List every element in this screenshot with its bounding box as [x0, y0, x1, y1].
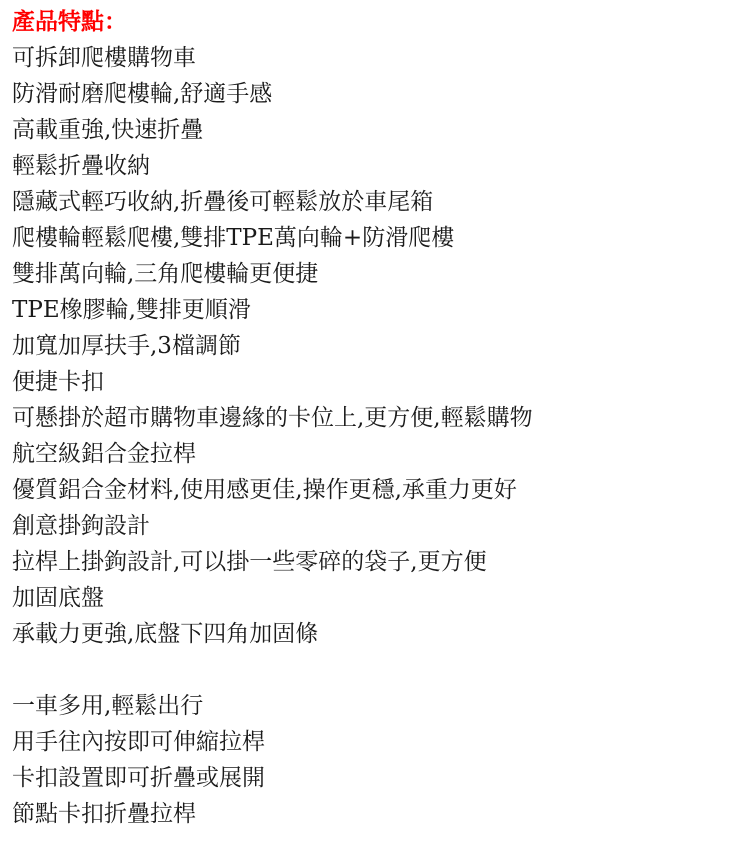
feature-line: 雙排萬向輪,三角爬樓輪更便捷: [12, 256, 533, 292]
feature-line: TPE橡膠輪,雙排更順滑: [12, 292, 533, 328]
features-heading: 產品特點：: [12, 4, 533, 40]
feature-line: 航空級鋁合金拉桿: [12, 436, 533, 472]
product-features-document: 產品特點： 可拆卸爬樓購物車 防滑耐磨爬樓輪,舒適手感 高載重強,快速折疊 輕鬆…: [12, 4, 533, 832]
feature-line: 優質鋁合金材料,使用感更佳,操作更穩,承重力更好: [12, 472, 533, 508]
blank-spacer: [12, 652, 533, 688]
feature-line: 拉桿上掛鉤設計,可以掛一些零碎的袋子,更方便: [12, 544, 533, 580]
feature-line: 可懸掛於超市購物車邊緣的卡位上,更方便,輕鬆購物: [12, 400, 533, 436]
feature-line: 加固底盤: [12, 580, 533, 616]
feature-line: 高載重強,快速折疊: [12, 112, 533, 148]
feature-line: 承載力更強,底盤下四角加固條: [12, 616, 533, 652]
feature-line: 一車多用,輕鬆出行: [12, 688, 533, 724]
feature-line: 用手往內按即可伸縮拉桿: [12, 724, 533, 760]
feature-line: 輕鬆折疊收納: [12, 148, 533, 184]
feature-line: 可拆卸爬樓購物車: [12, 40, 533, 76]
feature-line: 加寬加厚扶手,3檔調節: [12, 328, 533, 364]
feature-line: 創意掛鉤設計: [12, 508, 533, 544]
feature-line: 隱藏式輕巧收納,折疊後可輕鬆放於車尾箱: [12, 184, 533, 220]
feature-line: 爬樓輪輕鬆爬樓,雙排TPE萬向輪+防滑爬樓: [12, 220, 533, 256]
feature-line: 卡扣設置即可折疊或展開: [12, 760, 533, 796]
feature-line: 便捷卡扣: [12, 364, 533, 400]
feature-line: 節點卡扣折疊拉桿: [12, 796, 533, 832]
feature-line: 防滑耐磨爬樓輪,舒適手感: [12, 76, 533, 112]
